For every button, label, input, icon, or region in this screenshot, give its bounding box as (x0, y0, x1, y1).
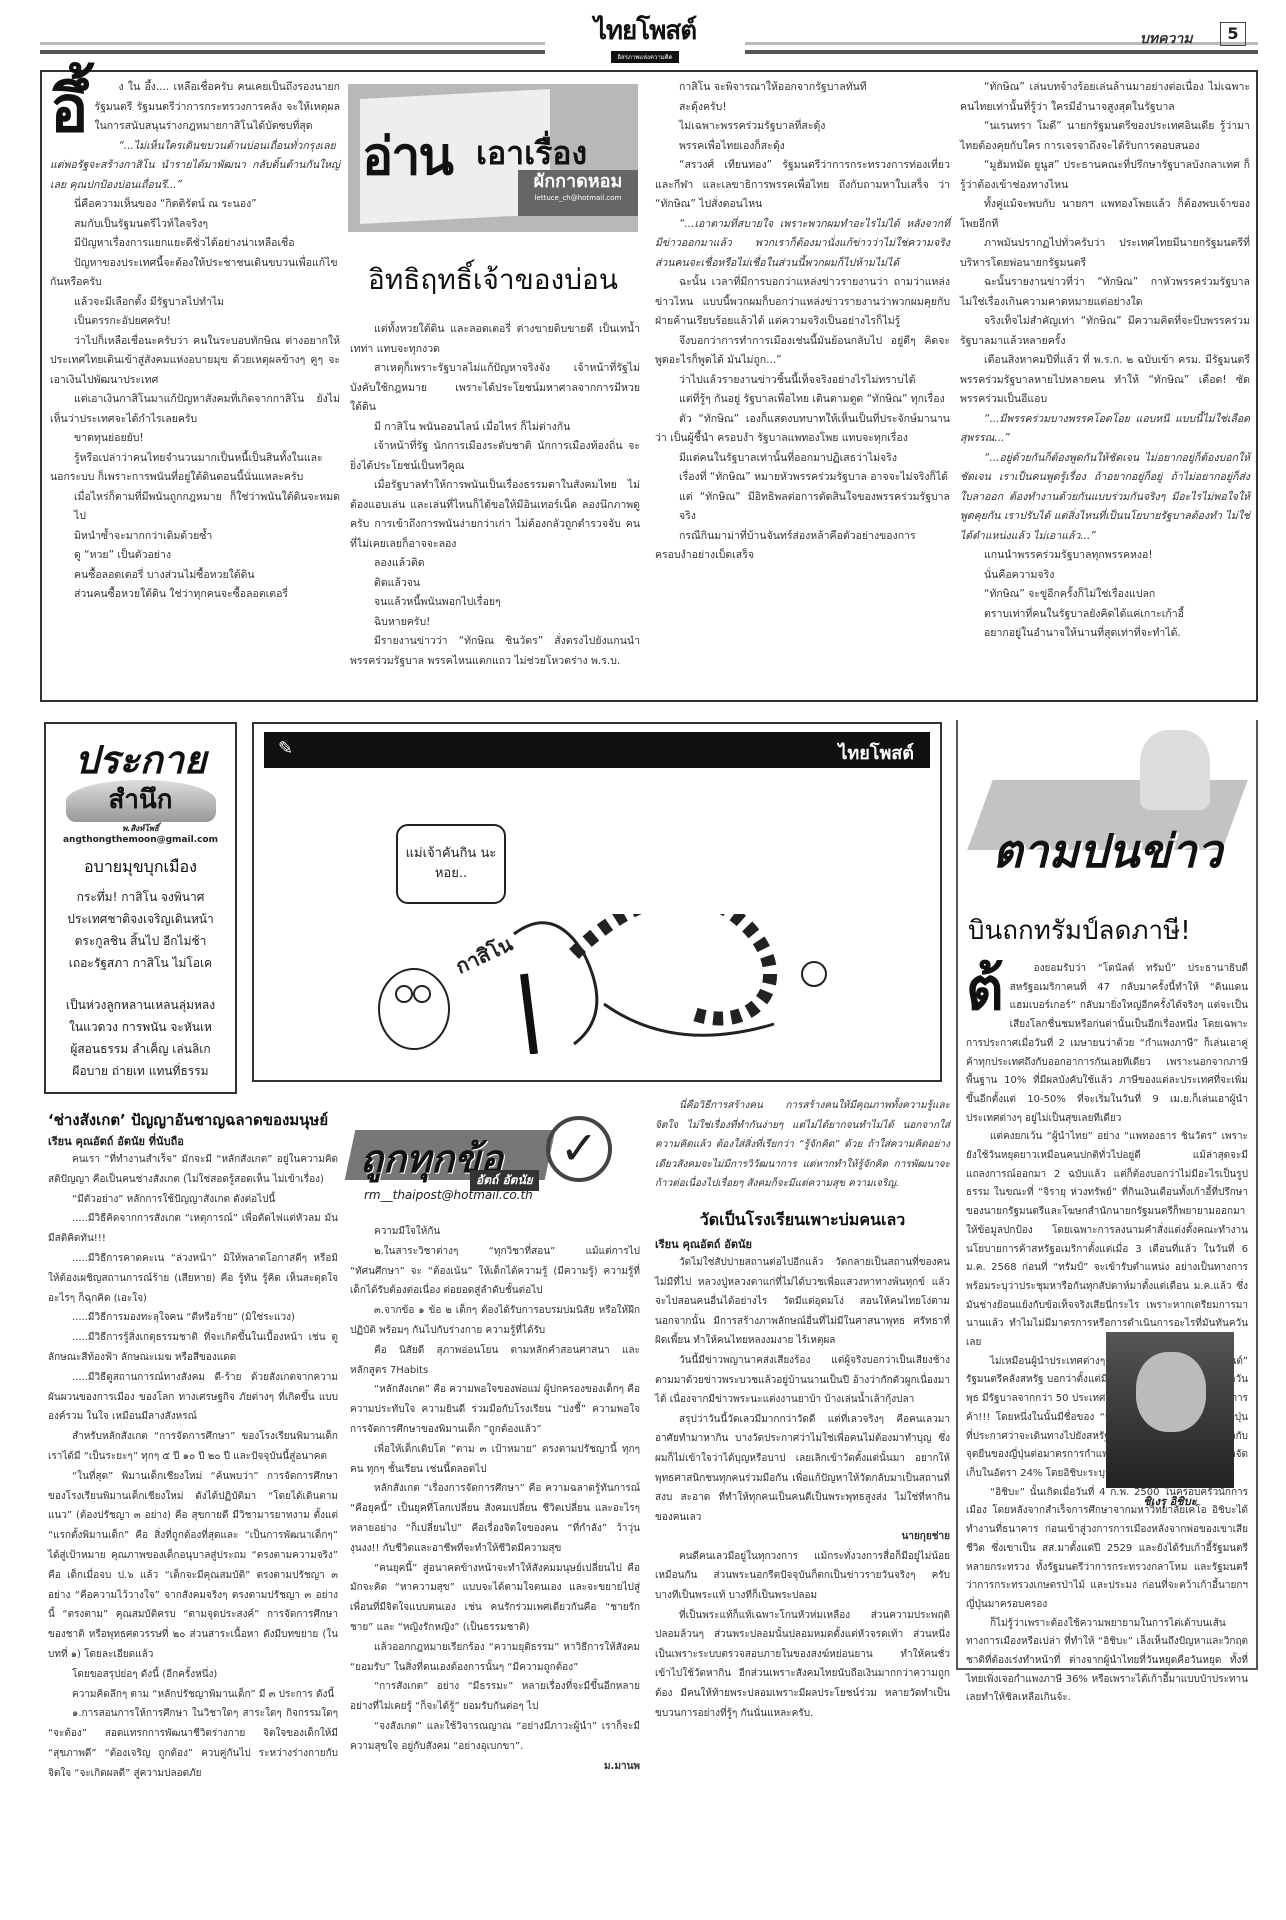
paragraph: แต่ “ทักษิณ” มีอิทธิพลต่อการตัดสินใจของพ… (655, 488, 950, 527)
paragraph: แกนนำพรรคร่วมรัฐบาลทุกพรรคหงอ! (960, 546, 1250, 566)
page-number: 5 (1220, 22, 1246, 46)
masthead: ไทยโพสต์ อิสรภาพแห่งความคิด บทความ 5 (0, 0, 1286, 60)
poem-stanza-1: กระทึ่ม! กาสิโน จงพินาศ ประเทศชาติจงเจริ… (46, 886, 235, 974)
editorial-headline: อิทธิฤทธิ์เจ้าของบ่อน (348, 258, 638, 302)
editorial-text-a: ง ใน อึ้ง.... เหลือเชื่อครับ คนเคยเป็นถึ… (50, 78, 340, 605)
paragraph: คนซื้อลอตเตอรี่ บางส่วนไม่ซื้อหวยใต้ดิน (50, 566, 340, 586)
paragraph: ตัว “ทักษิณ” เองก็แสดงบทบาทให้เห็นเป็นที… (655, 410, 950, 449)
paragraph: ฉะนั้น เวลาที่มีการบอกว่าแหล่งข่าวรายงาน… (655, 273, 950, 332)
paragraph: .....มีวิธีการคาดคะเน “ล่วงหน้า” มิให้พล… (48, 1249, 338, 1308)
paragraph: ความมีใจให้กัน (350, 1222, 640, 1242)
paragraph: แล้วออกกฎหมายเรียกร้อง “ความยุติธรรม” หา… (350, 1638, 640, 1678)
paragraph: ไม่เฉพาะพรรคร่วมรัฐบาลที่สะดุ้ง (655, 117, 950, 137)
paragraph: ดู “หวย” เป็นตัวอย่าง (50, 546, 340, 566)
newspaper-logo: ไทยโพสต์ อิสรภาพแห่งความคิด (545, 18, 745, 56)
poem-title: อบายมุขบุกเมือง (46, 855, 235, 880)
cartoon-brand: ไทยโพสต์ (838, 738, 914, 767)
paragraph: ๓.จากข้อ ๑ ข้อ ๒ เด็กๆ ต้องได้รับการอบรม… (350, 1301, 640, 1341)
wat-column-text: นี่คือวิธีการสร้างคน การสร้างคนให้มีคุณภ… (655, 1096, 950, 1723)
paragraph: เป็นตรรกะอัปยศครับ! (50, 312, 340, 332)
paragraph: “...ไม่เห็นใครเดินขบวนต้านบ่อนเถื่อนทั่ว… (50, 137, 340, 196)
right-column-box: ตามปนข่าว บินถกทรัมป์ลดภาษี! ต้ องยอมรับ… (956, 720, 1258, 1670)
poem-email: angthongthemoon@gmail.com (46, 835, 235, 845)
paragraph: ว่าไปก็เหลือเชื่อนะครับว่า คนในระบอบทักษ… (50, 332, 340, 391)
author-box: ผักกาดหอม lettuce_ch@hotmail.com (518, 170, 638, 216)
paragraph: .....มีวิธีดูสถานการณ์ทางสังคม ดี-ร้าย ด… (48, 1368, 338, 1427)
paragraph: แต่เอาเงินกาสิโนมาแก้ปัญหาสังคมที่เกิดจา… (50, 390, 340, 429)
paragraph: ลองแล้วติด (350, 554, 640, 574)
paragraph: ปัญหาของประเทศนี้จะต้องให้ประชาชนเดินขบว… (50, 254, 340, 293)
poem-author: พ.สิงห์โพธิ์ (46, 822, 235, 835)
poem-box: ประกาย สำนึก พ.สิงห์โพธิ์ angthongthemoo… (44, 722, 237, 1094)
paragraph: “หลักสังเกต” คือ ความพอใจของพ่อแม่ ผู้ปก… (350, 1380, 640, 1439)
paragraph: กาสิโน จะพิจารณาให้ออกจากรัฐบาลทันที (655, 78, 950, 98)
paragraph: ๑.การสอนการให้การศึกษา ในวิชาใดๆ สาระใดๆ… (48, 1704, 338, 1783)
paragraph: ภาพมันปรากฏไปทั่วครับว่า ประเทศไทยมีนายก… (960, 234, 1250, 273)
editorial-column-2: แต่ทั้งหวยใต้ดิน และลอตเตอรี่ ต่างขายดิบ… (350, 320, 640, 671)
wat-salutation: เรียน คุณอัตถ์ อัตนัย (655, 1235, 950, 1253)
paragraph: ง ใน อึ้ง.... เหลือเชื่อครับ คนเคยเป็นถึ… (50, 78, 340, 137)
editorial-column-3: กาสิโน จะพิจารณาให้ออกจากรัฐบาลทันทีสะดุ… (655, 78, 950, 566)
paragraph: วันนี้มีข่าวพญานาคส่งเสียงร้อง แต่ผู้จริ… (655, 1351, 950, 1410)
letters-text: คนเรา “ที่ทำงานสำเร็จ” มักจะมี “หลักสังเ… (48, 1150, 338, 1784)
cartoonist-mascot-icon: ✎ (278, 738, 293, 759)
letter-salutation: เรียน คุณอัตถ์ อัตนัย ที่นับถือ (48, 1132, 348, 1150)
paragraph: จนแล้วหนี้พนันพอกไปเรื่อยๆ (350, 593, 640, 613)
paragraph: คนดีคนเลวมีอยู่ในทุกวงการ แม้กระทั่งวงกา… (655, 1547, 950, 1606)
paragraph: เมื่อไหร่ก็ตามที่มีพนันถูกกฎหมาย ก็ใช่ว่… (50, 488, 340, 527)
editorial-column-4: “ทักษิณ” เล่นบทจ้างร้อยเล่นล้านมาอย่างต่… (960, 78, 1250, 644)
paragraph: ๒.ในสาระวิชาต่างๆ “ทุกวิชาที่สอน” แม้แต่… (350, 1242, 640, 1301)
dropcap: อึ้ (50, 78, 88, 142)
paragraph: แต่คงยกเว้น “ผู้นำไทย” อย่าง “แพทองธาร ช… (966, 1128, 1248, 1352)
column-banner-tam-pon-khao: ตามปนข่าว (970, 720, 1245, 890)
paragraph: เจ้าหน้าที่รัฐ นักการเมืองระดับชาติ นักก… (350, 437, 640, 476)
paragraph: ทั้งคู่แม้จะพบกับ นายกฯ แพทองโพยแล้ว ก็ต… (960, 195, 1250, 234)
paragraph: “...เอาตามที่สบายใจ เพราะพวกผมทำอะไรไม่ไ… (655, 215, 950, 274)
checkmark-icon: ✓ (546, 1116, 612, 1182)
paragraph: “ในที่สุด” พิมานเด็กเชียงใหม่ “ค้นพบว่า”… (48, 1467, 338, 1665)
paragraph: กรณีกินมาม่าที่บ้านจันทร์ส่องหล้าคือตัวอ… (655, 527, 950, 566)
paragraph: มีรายงานข่าวว่า “ทักษิณ ชินวัตร” สั่งตรง… (350, 632, 640, 671)
paragraph: ฉะนั้นรายงานข่าวที่ว่า “ทักษิณ” กาหัวพรร… (960, 273, 1250, 312)
paragraph: “คนยุคนี้” สู่อนาคตข้างหน้าจะทำให้สังคมม… (350, 1559, 640, 1638)
paragraph: คนเรา “ที่ทำงานสำเร็จ” มักจะมี “หลักสังเ… (48, 1150, 338, 1190)
paragraph: นี่คือความเห็นของ “กิตติรัตน์ ณ ระนอง” (50, 195, 340, 215)
paragraph: วัดไม่ใช่สัปปายสถานต่อไปอีกแล้ว วัดกลายเ… (655, 1253, 950, 1351)
speech-bubble: แม่เจ้าคันกิน นะหอย.. (396, 824, 506, 904)
paragraph: แต่ทั้งหวยใต้ดิน และลอตเตอรี่ ต่างขายดิบ… (350, 320, 640, 359)
paragraph: .....มีวิธีการรู้สิ่งเกตุธรรมชาติ ที่จะเ… (48, 1328, 338, 1368)
poem-ribbon: สำนึก (66, 780, 216, 822)
dropcap: ต้ (966, 960, 1004, 1018)
poem-stanza-2: เป็นห่วงลูกหลานเหลนลุ่มหลง ในแวดวง การพน… (46, 994, 235, 1082)
paragraph: เมื่อรัฐบาลทำให้การพนันเป็นเรื่องธรรมดาใ… (350, 476, 640, 554)
paragraph: สาเหตุก็เพราะรัฐบาลไม่แก้ปัญหาจริงจัง เจ… (350, 359, 640, 418)
paragraph: จริงเท็จไม่สำคัญเท่า “ทักษิณ” มีความคิดท… (960, 312, 1250, 351)
column-banner-an-ao-rueang: อ่าน เอาเรื่อง ผักกาดหอม lettuce_ch@hotm… (348, 84, 638, 232)
paragraph: ที่เป็นพระแท้ก็แท้เฉพาะโกนหัวห่มเหลือง ส… (655, 1606, 950, 1724)
paragraph: ฉิบหายครับ! (350, 613, 640, 633)
newspaper-reader-illustration (1140, 730, 1210, 810)
paragraph: หลักสังเกต “เรื่องการจัดการศึกษา” คือ คว… (350, 1479, 640, 1558)
letter-headline: ‘ช่างสังเกต’ ปัญญาอันชาญฉลาดของมนุษย์ เร… (48, 1108, 348, 1150)
paragraph: มี กาสิโน พนันออนไลน์ เมื่อไหร่ ก็ไม่ต่า… (350, 418, 640, 438)
poem-column-logo: ประกาย (46, 740, 235, 780)
paragraph: “มีตัวอย่าง” หลักการใช้ปัญญาสังเกต ดังต่… (48, 1190, 338, 1210)
paragraph: ส่วนคนซื้อหวยใต้ดิน ใช่ว่าทุกคนจะซื้อลอต… (50, 585, 340, 605)
paragraph: อยากอยู่ในอำนาจให้นานที่สุดเท่าที่จะทำได… (960, 624, 1250, 644)
paragraph: “สรวงศ์ เทียนทอง” รัฐมนตรีว่าการกระทรวงก… (655, 156, 950, 215)
editorial-column-1: อึ้ ง ใน อึ้ง.... เหลือเชื่อครับ คนเคยเป… (50, 78, 340, 605)
paragraph: “ทักษิณ” จะขู่อีกครั้งก็ไม่ใช่เรื่องแปลก (960, 585, 1250, 605)
paragraph: พรรคเพื่อไทยเองก็สะดุ้ง (655, 137, 950, 157)
paragraph: “มูฮัมหมัด ยูนูส” ประธานคณะที่ปรึกษารัฐบ… (960, 156, 1250, 195)
paragraph: รู้หรือเปล่าว่าคนไทยจำนวนมากเป็นหนี้เป็น… (50, 449, 340, 488)
paragraph: แต่ที่รู้ๆ กันอยู่ รัฐบาลเพื่อไทย เดินตา… (655, 390, 950, 410)
cartoon-illustration (374, 914, 844, 1054)
paragraph: .....มีวิธีคิดจากการสังเกต “เหตุการณ์” เ… (48, 1209, 338, 1249)
paragraph: “นเรนทรา โมดี” นายกรัฐมนตรีของประเทศอินเ… (960, 117, 1250, 156)
paragraph: “...มีพรรคร่วมบางพรรคโอดโอย แอบหนี แบบนี… (960, 410, 1250, 449)
paragraph: จึงบอกว่าการทำการเมืองเช่นนี้มันย้อนกลับ… (655, 332, 950, 371)
paragraph: เพื่อให้เด็กเติบโต “ตาม ๓ เป้าหมาย” ตรงต… (350, 1440, 640, 1480)
column-banner-tuk-tuk-kho: ถูกทุกข้อ ✓ อัตถ์ อัตนัย rm__thaipost@ho… (350, 1100, 640, 1200)
paragraph: “ทักษิณ” เล่นบทจ้างร้อยเล่นล้านมาอย่างต่… (960, 78, 1250, 117)
paragraph: สมกับเป็นรัฐมนตรีไวท์ใลจริงๆ (50, 215, 340, 235)
editorial-cartoon: ✎ ไทยโพสต์ แม่เจ้าคันกิน นะหอย.. กาสิโน (252, 722, 942, 1082)
paragraph: ติดแล้วจน (350, 574, 640, 594)
section-label: บทความ (1140, 28, 1192, 50)
photo-caption: ชิเงรุ อิชิบะ (1106, 1492, 1234, 1510)
paragraph: .....มีวิธีการมองทะลุใจคน “ดีหรือร้าย” (… (48, 1308, 338, 1328)
cartoon-header-bar: ✎ ไทยโพสต์ (264, 732, 930, 768)
paragraph: มีปัญหาเรื่องการแยกแยะดีชั่วได้อย่างน่าเ… (50, 234, 340, 254)
portrait-photo (1106, 1332, 1234, 1488)
paragraph: เดือนสิงหาคมปีที่แล้ว ที่ พ.ร.ก. ๒ ฉบับเ… (960, 351, 1250, 410)
paragraph: “การสังเกต” อย่าง “มีธรรมะ” หลายเรื่องที… (350, 1677, 640, 1717)
paragraph: ว่าไปแล้วรายงานข่าวชิ้นนี้เท็จจริงอย่างไ… (655, 371, 950, 391)
paragraph: “...อยู่ด้วยกันก็ต้องพูดกันให้ชัดเจน ไม่… (960, 449, 1250, 547)
paragraph: โดยขอสรุปย่อๆ ดังนี้ (อีกครั้งหนึ่ง) (48, 1665, 338, 1685)
paragraph: สรุปว่าวันนี้วัดเลวมีมากกว่าวัดดี แต่ที่… (655, 1410, 950, 1528)
paragraph: “จงสังเกต” และใช้วิจารณญาณ “อย่างมีภาวะผ… (350, 1717, 640, 1757)
paragraph: สำหรับหลักสังเกต “การจัดการศึกษา” ของโรง… (48, 1427, 338, 1467)
paragraph: นั่นคือความจริง (960, 566, 1250, 586)
right-column-headline: บินถกทรัมป์ลดภาษี! (968, 910, 1248, 951)
paragraph: ตราบเท่าที่คนในรัฐบาลยังคิดได้แค่เกาะเก้… (960, 605, 1250, 625)
paragraph: เรื่องที่ “ทักษิณ” หมายหัวพรรคร่วมรัฐบาล… (655, 468, 950, 488)
paragraph: มิหนำซ้ำจะมากกว่าเดิมด้วยซ้ำ (50, 527, 340, 547)
wat-headline: วัดเป็นโรงเรียนเพาะบ่มคนเลว (655, 1208, 950, 1233)
paragraph: ก็ไม่รู้ว่าเพราะต้องใช้ความพยายามในการไต… (966, 1615, 1248, 1709)
letter-signature: นายกุยช่าย (655, 1527, 950, 1547)
paragraph: สะดุ้งครับ! (655, 98, 950, 118)
paragraph: ความคิดลึกๆ ตาม “หลักปรัชญาพิมานเด็ก” มี… (48, 1685, 338, 1705)
letter-signature: ม.มานพ (350, 1757, 640, 1777)
paragraph: แล้วจะมีเลือกตั้ง มีรัฐบาลไปทำไม (50, 293, 340, 313)
paragraph: ขาดทุนย่อยยับ! (50, 429, 340, 449)
paragraph: มีแต่คนในรัฐบาลเท่านั้นที่ออกมาปฏิเสธว่า… (655, 449, 950, 469)
tuk-column-text: ความมีใจให้กัน๒.ในสาระวิชาต่างๆ “ทุกวิชา… (350, 1222, 640, 1776)
paragraph: องยอมรับว่า “โดนัลด์ ทรัมป์” ประธานาธิบด… (966, 960, 1248, 1128)
paragraph: คือ นิสัยดี สุภาพอ่อนโยน ตามหลักคำสอนศาส… (350, 1341, 640, 1381)
